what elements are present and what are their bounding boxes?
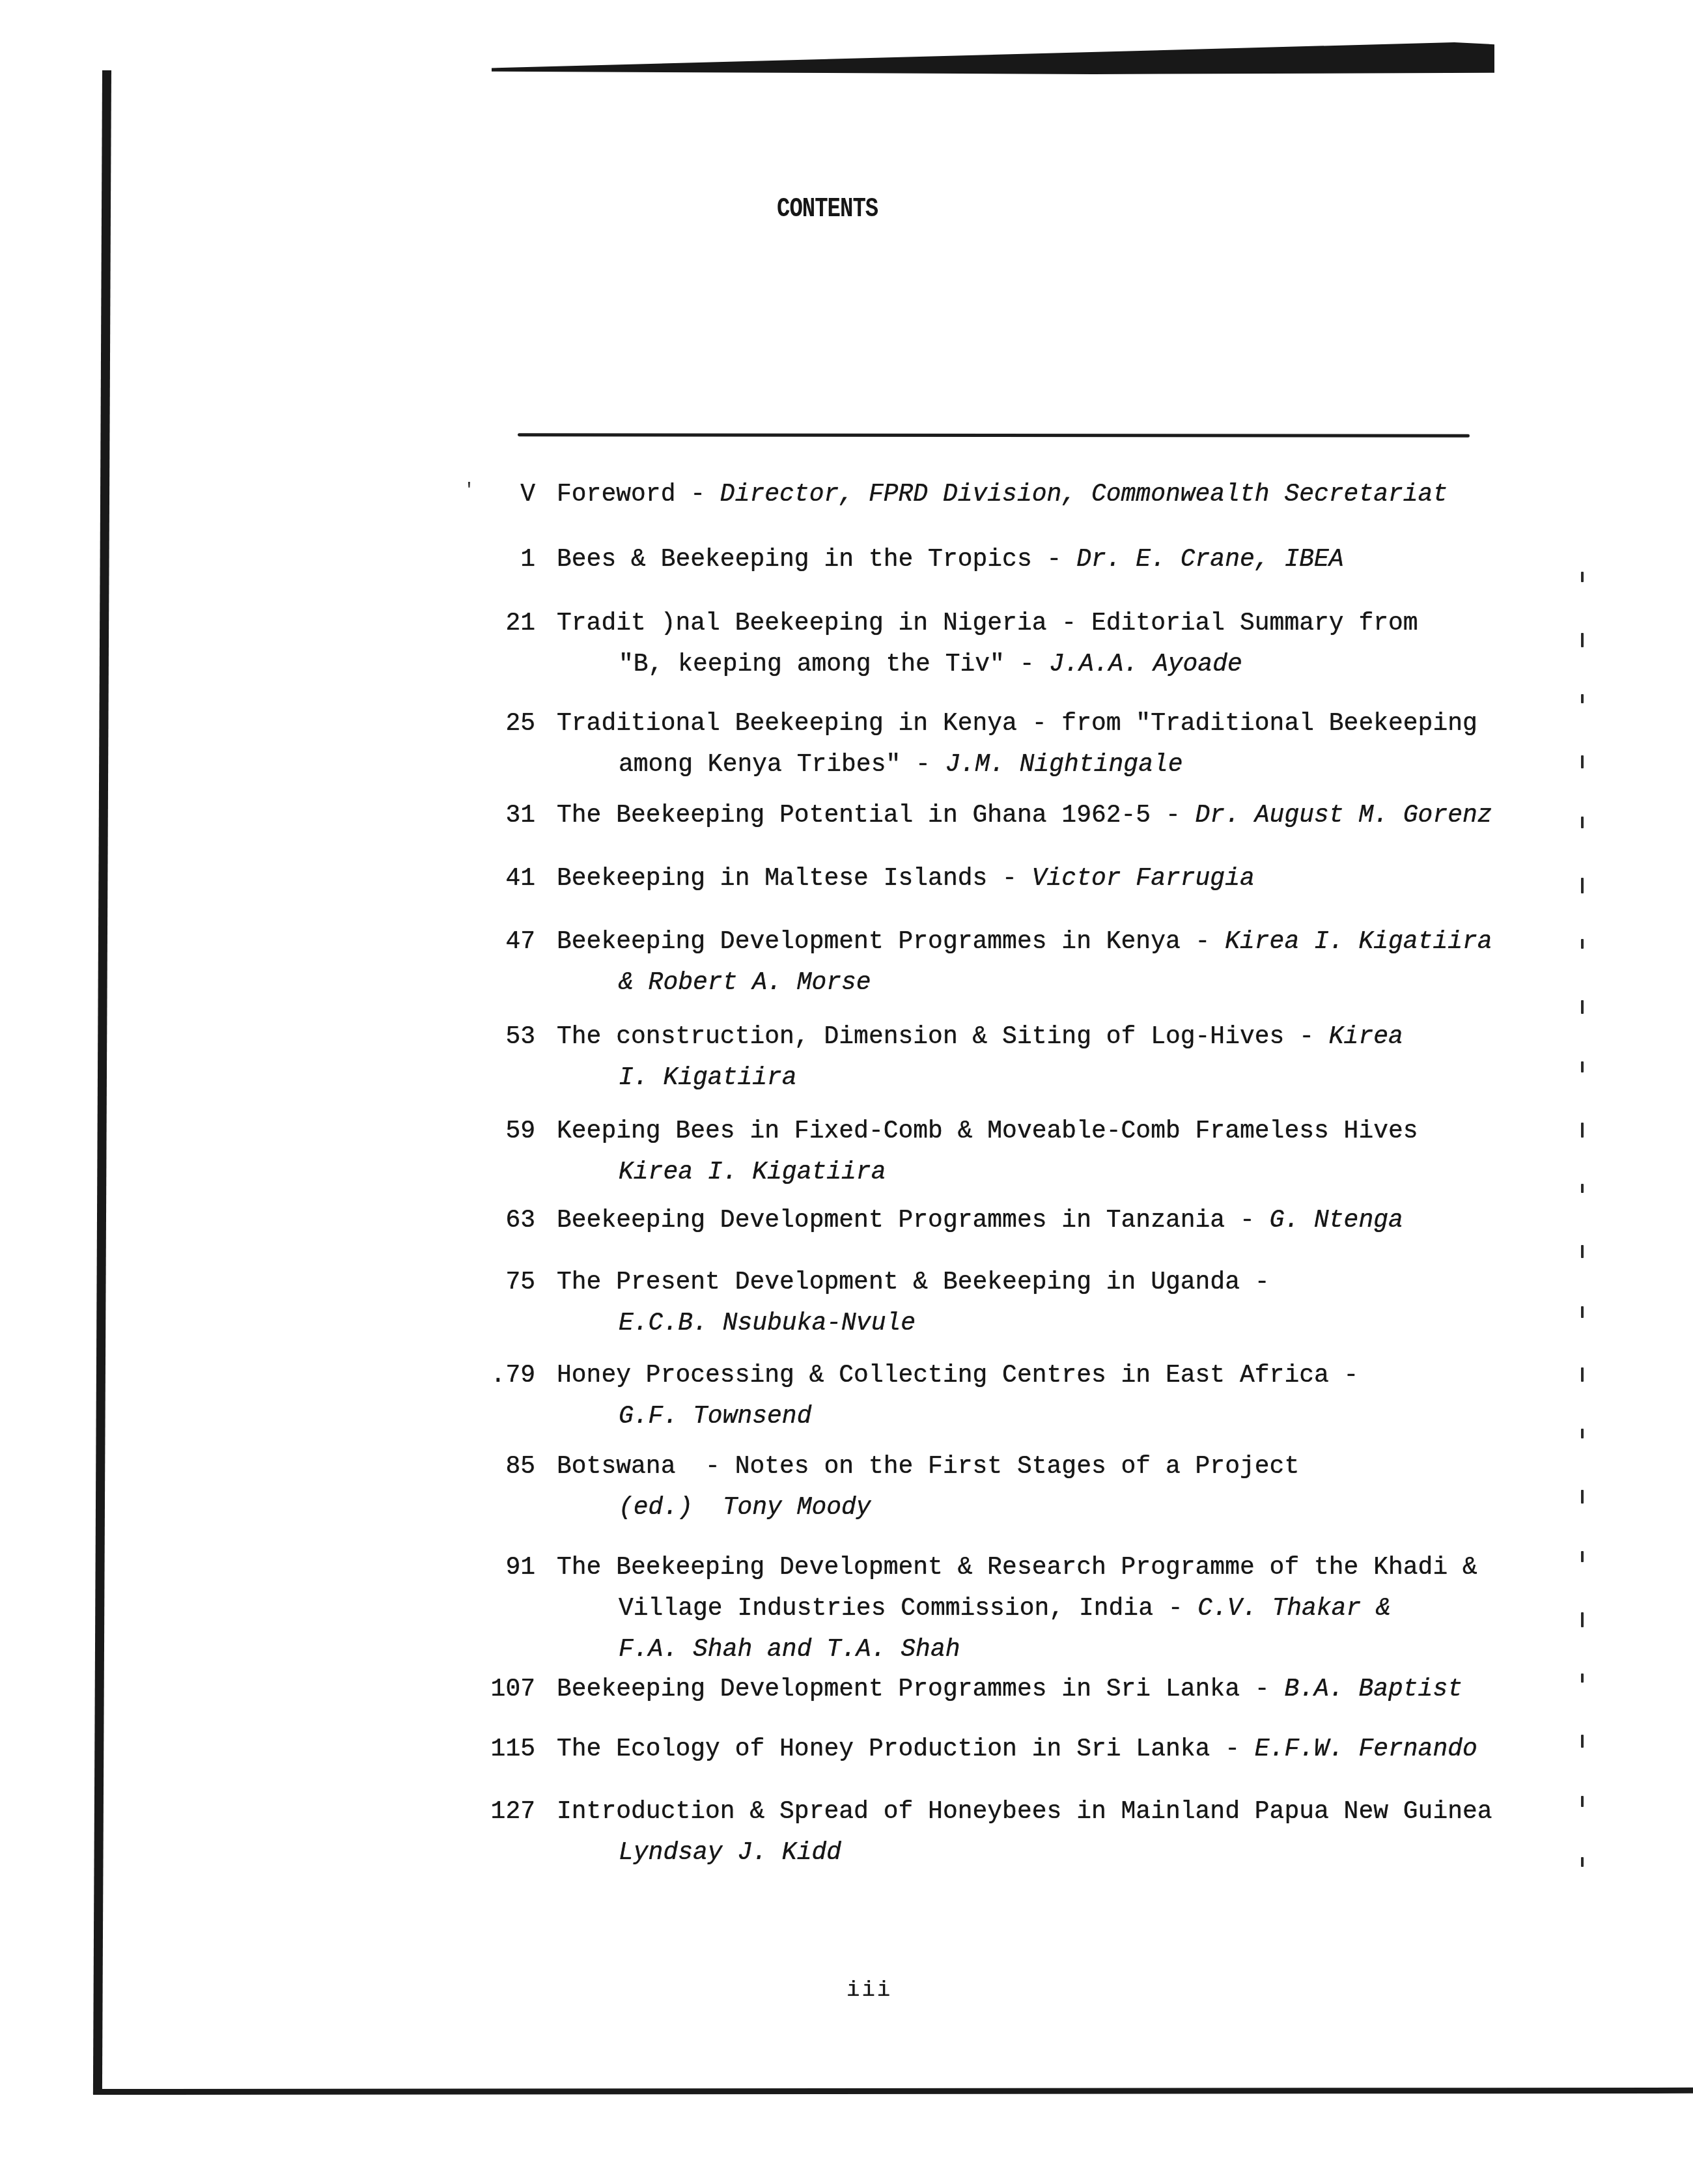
toc-author-text: (ed.) Tony Moody xyxy=(619,1494,871,1522)
toc-title-text: Traditional Beekeeping in Kenya - from "… xyxy=(557,710,1477,738)
toc-entry-title: Foreword - Director, FPRD Division, Comm… xyxy=(557,480,1448,510)
toc-title-text: Beekeeping Development Programmes in Ken… xyxy=(557,928,1225,956)
scan-artifact-tick xyxy=(1581,1673,1584,1683)
scan-artifact-tick xyxy=(1581,1306,1584,1318)
toc-title-text: Introduction & Spread of Honeybees in Ma… xyxy=(557,1798,1492,1826)
toc-entry-continuation: E.C.B. Nsubuka-Nvule xyxy=(619,1309,916,1339)
toc-entry-title: The Beekeeping Potential in Ghana 1962-5… xyxy=(557,801,1492,831)
toc-author-text: Kirea I. Kigatiira xyxy=(619,1158,886,1186)
toc-entry-continuation: Lyndsay J. Kidd xyxy=(619,1838,841,1868)
toc-entry-page-number: 31 xyxy=(417,801,535,831)
toc-author-text: & Robert A. Morse xyxy=(619,969,871,997)
toc-author-text: J.A.A. Ayoade xyxy=(1049,651,1242,679)
scan-artifact-bottom-edge xyxy=(93,2088,1693,2095)
toc-entry-continuation: F.A. Shah and T.A. Shah xyxy=(619,1635,960,1665)
divider-line xyxy=(518,433,1470,438)
toc-title-text: Tradit )nal Beekeeping in Nigeria - Edit… xyxy=(557,609,1418,637)
toc-entry-title: Botswana - Notes on the First Stages of … xyxy=(557,1452,1299,1482)
toc-author-text: Lyndsay J. Kidd xyxy=(619,1839,841,1867)
toc-entry-continuation: G.F. Townsend xyxy=(619,1402,811,1432)
toc-title-text: The Beekeeping Potential in Ghana 1962-5… xyxy=(557,802,1196,830)
toc-entry-title: Beekeeping in Maltese Islands - Victor F… xyxy=(557,864,1255,894)
scan-artifact-tick xyxy=(1581,1735,1584,1748)
toc-author-text: Victor Farrugia xyxy=(1032,865,1255,893)
toc-author-text: I. Kigatiira xyxy=(619,1064,797,1092)
toc-entry-title: The Ecology of Honey Production in Sri L… xyxy=(557,1735,1477,1765)
scan-artifact-tick xyxy=(1581,1612,1584,1627)
toc-entry-page-number: 59 xyxy=(417,1117,535,1147)
scan-artifact-tick xyxy=(1581,755,1584,768)
toc-title-text: Foreword - xyxy=(557,481,720,509)
scan-artifact-tick xyxy=(1581,1857,1584,1867)
toc-title-text: The construction, Dimension & Siting of … xyxy=(557,1023,1329,1051)
toc-entry-page-number: 75 xyxy=(417,1268,535,1298)
toc-entry-page-number: 41 xyxy=(417,864,535,894)
toc-author-text: C.V. Thakar & xyxy=(1197,1595,1390,1623)
toc-entry-title: Tradit )nal Beekeeping in Nigeria - Edit… xyxy=(557,609,1418,639)
page-title: CONTENTS xyxy=(777,194,878,225)
toc-title-text: Keeping Bees in Fixed-Comb & Moveable-Co… xyxy=(557,1117,1418,1145)
scan-artifact-tick xyxy=(1581,1551,1584,1562)
scan-artifact-tick xyxy=(1581,817,1584,828)
toc-author-text: Kirea I. Kigatiira xyxy=(1225,928,1492,956)
toc-title-text: Botswana - Notes on the First Stages of … xyxy=(557,1453,1299,1481)
scan-artifact-tick xyxy=(1581,878,1584,893)
toc-title-text: among Kenya Tribes" - xyxy=(619,751,945,779)
toc-entry-page-number: 1 xyxy=(417,545,535,575)
scan-artifact-tick xyxy=(1581,1367,1584,1382)
toc-entry-continuation: & Robert A. Morse xyxy=(619,968,871,998)
toc-entry-continuation: Village Industries Commission, India - C… xyxy=(619,1594,1391,1624)
toc-entry-page-number: 127 xyxy=(417,1797,535,1827)
toc-entry-title: Honey Processing & Collecting Centres in… xyxy=(557,1361,1358,1391)
scan-artifact-tick xyxy=(1581,1429,1584,1438)
toc-entry-continuation: (ed.) Tony Moody xyxy=(619,1493,871,1523)
toc-title-text: Honey Processing & Collecting Centres in… xyxy=(557,1362,1358,1390)
toc-title-text: Beekeeping Development Programmes in Sri… xyxy=(557,1675,1284,1703)
toc-author-text: E.F.W. Fernando xyxy=(1255,1735,1477,1763)
scan-artifact-tick xyxy=(1581,1245,1584,1258)
scan-artifact-tick xyxy=(1581,1000,1584,1014)
footer-page-number: iii xyxy=(846,1978,892,2003)
toc-entry-page-number: 63 xyxy=(417,1206,535,1236)
scan-artifact-left-edge xyxy=(93,70,111,2094)
scan-artifact-tick xyxy=(1581,1061,1584,1072)
toc-entry-continuation: among Kenya Tribes" - J.M. Nightingale xyxy=(619,750,1183,780)
toc-entry-title: Beekeeping Development Programmes in Sri… xyxy=(557,1675,1462,1705)
scan-artifact-tick xyxy=(1581,1123,1584,1138)
toc-entry-page-number: 107 xyxy=(417,1675,535,1705)
toc-title-text: Village Industries Commission, India - xyxy=(619,1595,1197,1623)
toc-author-text: Dr. August M. Gorenz xyxy=(1196,802,1492,830)
toc-author-text: E.C.B. Nsubuka-Nvule xyxy=(619,1309,916,1337)
scan-artifact-tick xyxy=(1581,1184,1584,1193)
toc-title-text: Bees & Beekeeping in the Tropics - xyxy=(557,546,1076,574)
scan-artifact-tick xyxy=(1581,694,1584,703)
toc-author-text: B.A. Baptist xyxy=(1284,1675,1462,1703)
toc-entry-title: Keeping Bees in Fixed-Comb & Moveable-Co… xyxy=(557,1117,1418,1147)
toc-title-text: "B, keeping among the Tiv" - xyxy=(619,651,1049,679)
toc-author-text: G.F. Townsend xyxy=(619,1403,811,1431)
toc-author-text: G. Ntenga xyxy=(1270,1207,1403,1235)
scan-artifact-tick xyxy=(1581,939,1584,949)
scan-artifact-tick xyxy=(1581,572,1584,582)
toc-author-text: F.A. Shah and T.A. Shah xyxy=(619,1636,960,1664)
toc-title-text: The Present Development & Beekeeping in … xyxy=(557,1268,1270,1296)
toc-entry-continuation: "B, keeping among the Tiv" - J.A.A. Ayoa… xyxy=(619,650,1242,680)
toc-title-text: The Ecology of Honey Production in Sri L… xyxy=(557,1735,1255,1763)
toc-entry-page-number: 115 xyxy=(417,1735,535,1765)
toc-entry-page-number: V xyxy=(417,480,535,510)
scan-artifact-top-band xyxy=(492,42,1494,76)
toc-entry-page-number: .79 xyxy=(417,1361,535,1391)
toc-entry-page-number: 91 xyxy=(417,1553,535,1583)
toc-entry-page-number: 21 xyxy=(417,609,535,639)
toc-entry-continuation: Kirea I. Kigatiira xyxy=(619,1158,886,1188)
toc-entry-title: The Beekeeping Development & Research Pr… xyxy=(557,1553,1477,1583)
toc-entry-page-number: 53 xyxy=(417,1022,535,1052)
toc-entry-title: Traditional Beekeeping in Kenya - from "… xyxy=(557,709,1477,739)
scan-artifact-tick xyxy=(1581,1796,1584,1807)
scan-artifact-tick xyxy=(1581,1490,1584,1504)
toc-author-text: Kirea xyxy=(1329,1023,1403,1051)
toc-entry-title: Bees & Beekeeping in the Tropics - Dr. E… xyxy=(557,545,1344,575)
toc-author-text: Director, FPRD Division, Commonwealth Se… xyxy=(720,481,1448,509)
toc-entry-title: The Present Development & Beekeeping in … xyxy=(557,1268,1270,1298)
toc-title-text: Beekeeping in Maltese Islands - xyxy=(557,865,1032,893)
toc-entry-title: Introduction & Spread of Honeybees in Ma… xyxy=(557,1797,1492,1827)
toc-author-text: J.M. Nightingale xyxy=(945,751,1183,779)
toc-title-text: The Beekeeping Development & Research Pr… xyxy=(557,1554,1477,1582)
toc-title-text: Beekeeping Development Programmes in Tan… xyxy=(557,1207,1270,1235)
toc-entry-title: Beekeeping Development Programmes in Tan… xyxy=(557,1206,1403,1236)
toc-entry-page-number: 85 xyxy=(417,1452,535,1482)
toc-entry-continuation: I. Kigatiira xyxy=(619,1063,797,1093)
toc-author-text: Dr. E. Crane, IBEA xyxy=(1076,546,1343,574)
toc-entry-page-number: 47 xyxy=(417,927,535,957)
scan-artifact-tick xyxy=(1581,633,1584,647)
toc-entry-page-number: 25 xyxy=(417,709,535,739)
toc-entry-title: Beekeeping Development Programmes in Ken… xyxy=(557,927,1492,957)
document-page: CONTENTS ' VForeword - Director, FPRD Di… xyxy=(0,0,1693,2184)
toc-entry-title: The construction, Dimension & Siting of … xyxy=(557,1022,1403,1052)
